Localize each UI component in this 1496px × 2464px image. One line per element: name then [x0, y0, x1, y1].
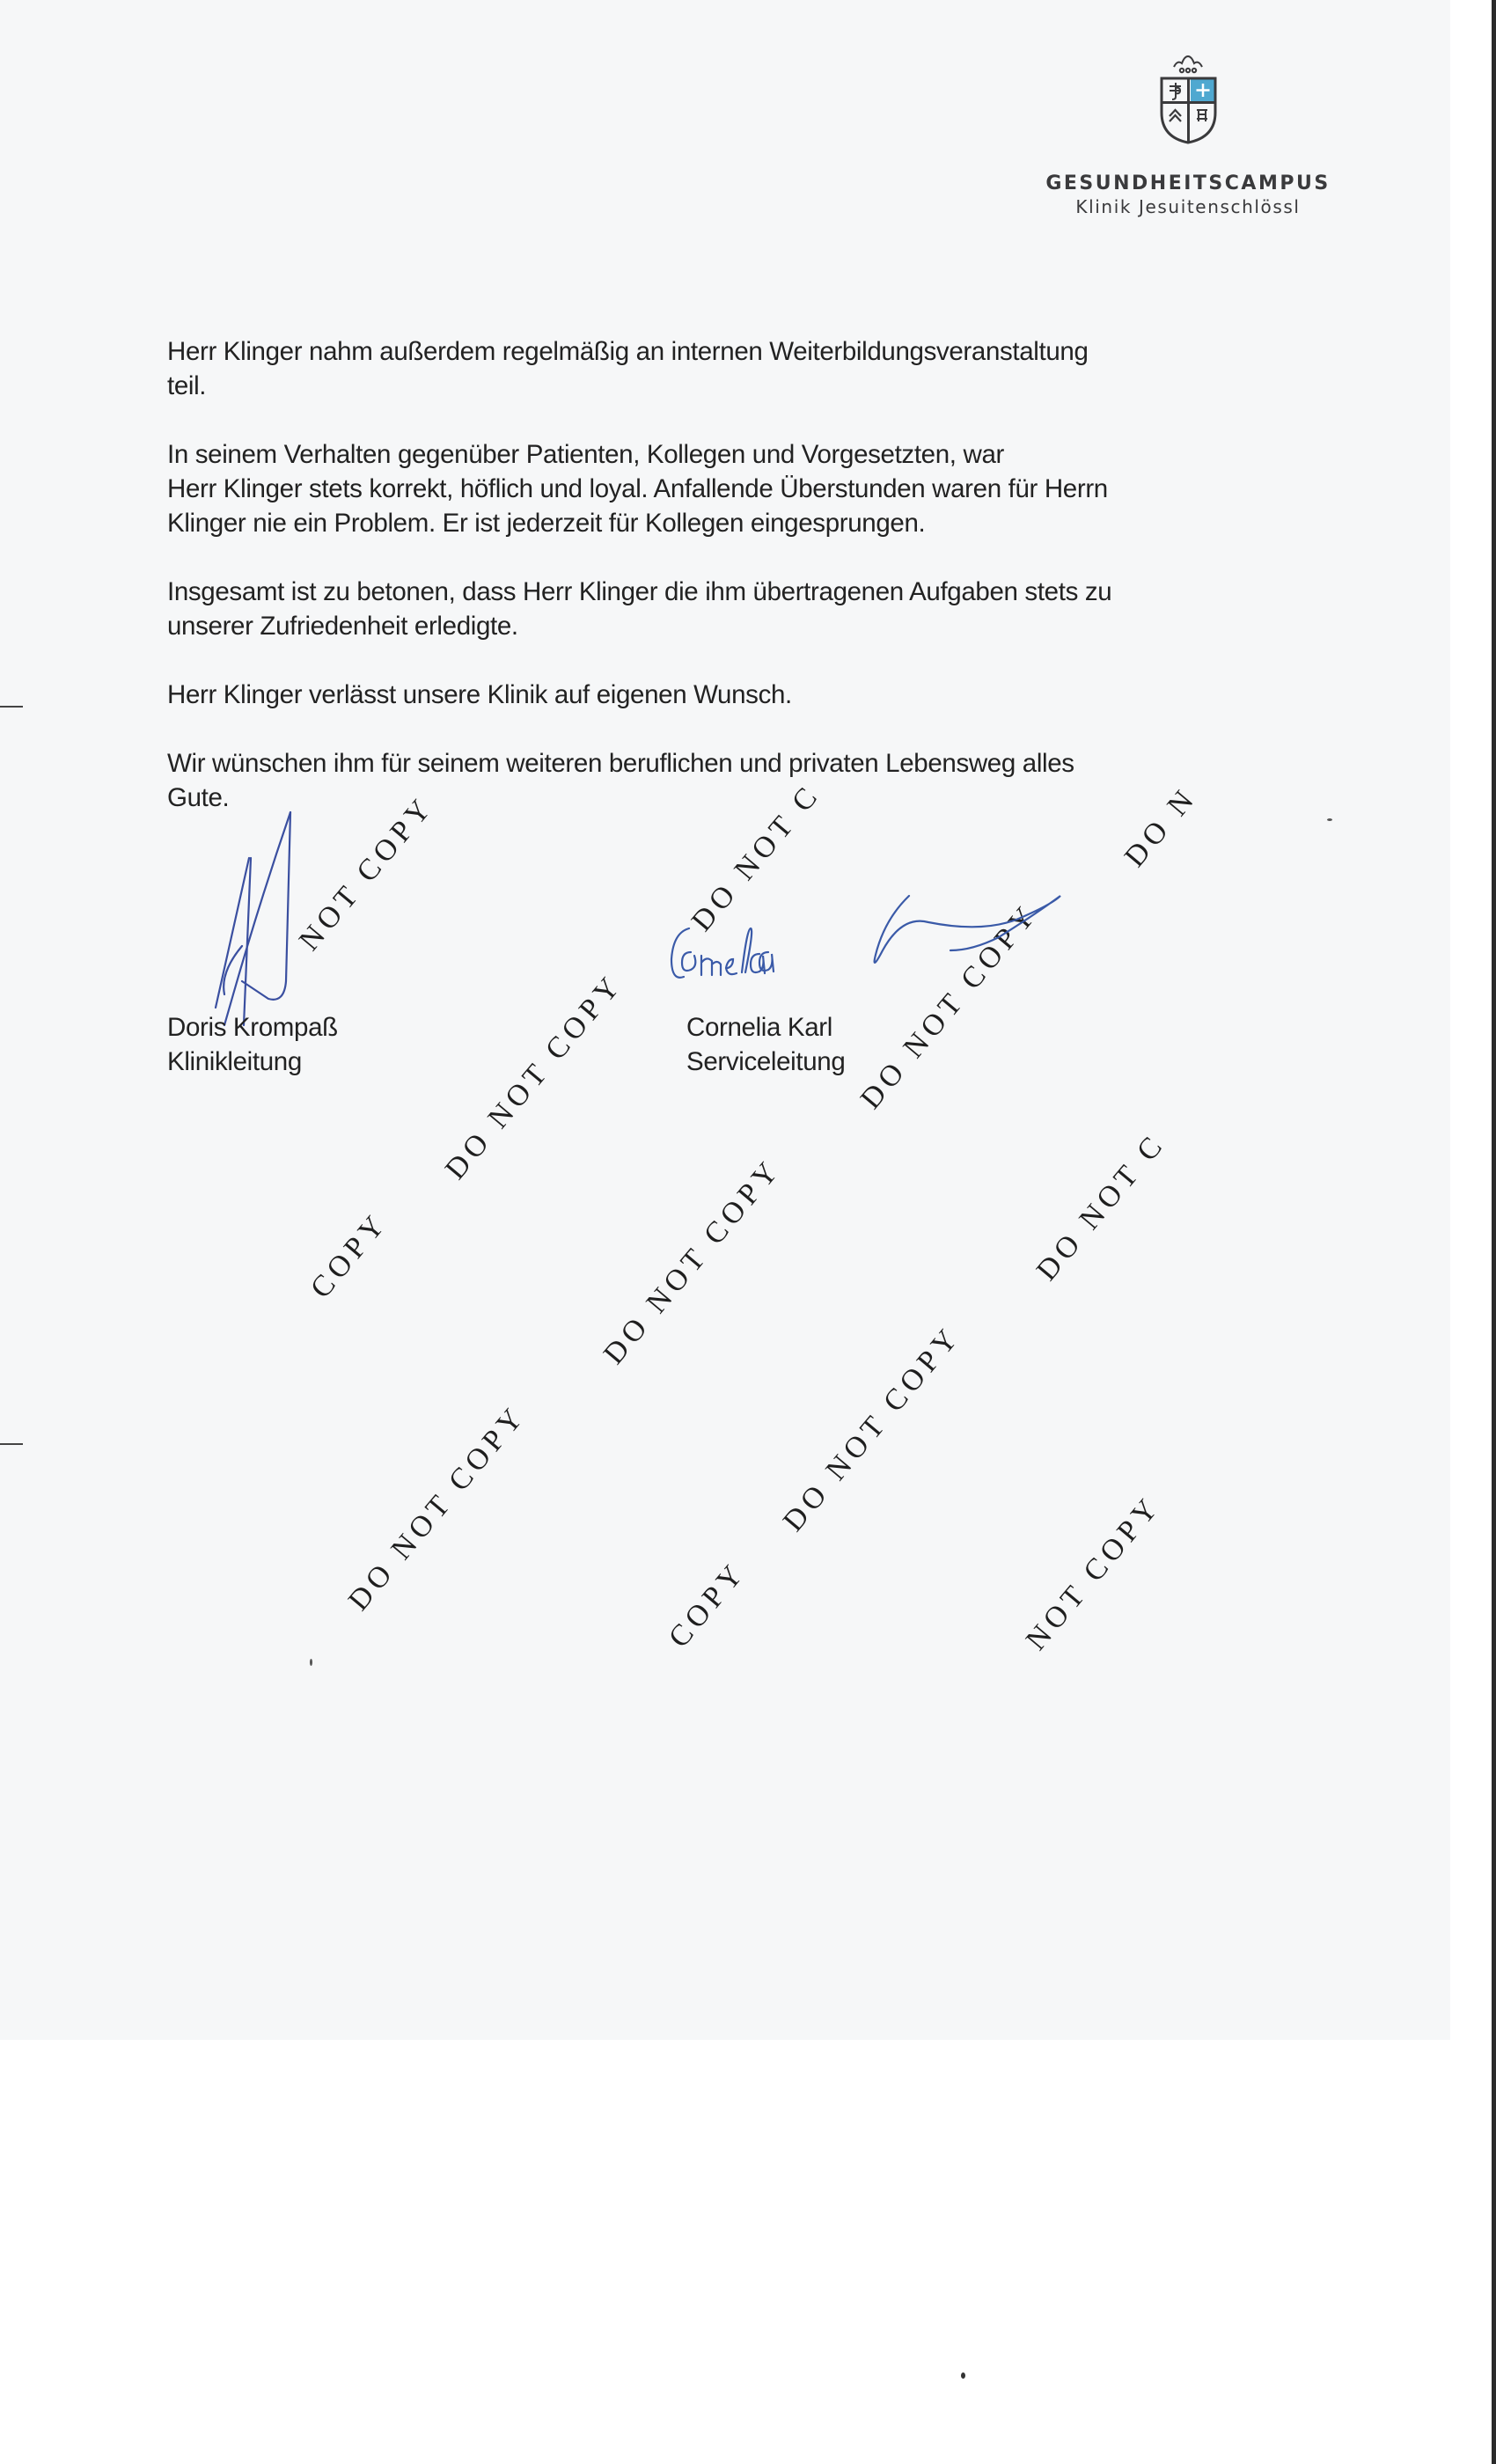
- watermark-text: NOT COPY: [293, 790, 441, 957]
- scan-speck: [1327, 818, 1332, 821]
- watermark-text: NOT COPY: [1020, 1490, 1168, 1657]
- signatory-name: Cornelia Karl: [686, 1010, 845, 1045]
- fold-mark: [0, 1443, 23, 1445]
- scanner-edge: [1492, 0, 1496, 2464]
- signatory-role: Serviceleitung: [686, 1045, 845, 1079]
- watermark-text: DO NOT COPY: [439, 968, 630, 1186]
- signatory-name: Doris Krompaß: [167, 1010, 338, 1045]
- watermark-text: DO NOT COPY: [777, 1320, 968, 1538]
- signatory-left: Doris Krompaß Klinikleitung: [167, 1010, 338, 1079]
- watermark-text: DO NOT COPY: [598, 1153, 788, 1371]
- watermark-text: DO N: [1118, 781, 1192, 874]
- document-page: GESUNDHEITSCAMPUS Klinik Jesuitenschlöss…: [0, 0, 1450, 2040]
- watermark-text: DO NOT C: [1030, 1127, 1173, 1287]
- fold-mark: [0, 706, 23, 708]
- watermark-text: COPY: [304, 1206, 395, 1305]
- signatory-role: Klinikleitung: [167, 1045, 338, 1079]
- signatory-right: Cornelia Karl Serviceleitung: [686, 1010, 845, 1079]
- watermark-text: DO NOT COPY: [342, 1399, 533, 1617]
- signature-karl: [664, 889, 1157, 1003]
- scan-speck: [310, 1659, 312, 1666]
- signature-krompass: [198, 805, 304, 1034]
- scan-speck: [961, 2372, 965, 2379]
- watermark-text: COPY: [663, 1556, 753, 1654]
